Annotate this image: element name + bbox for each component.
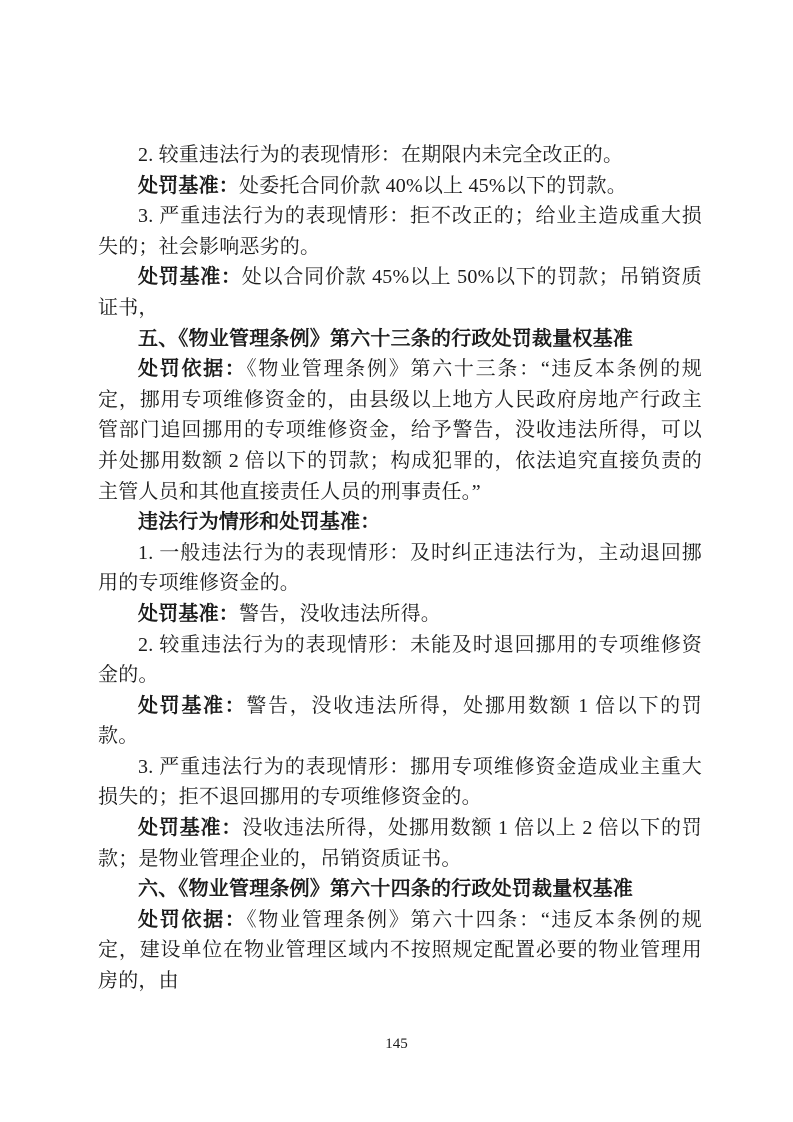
paragraph-moderate-violation-63: 2. 较重违法行为的表现情形：未能及时退回挪用的专项维修资金的。 bbox=[98, 630, 702, 691]
paragraph-penalty-standard-severe-62: 处罚基准：处以合同价款 45%以上 50%以下的罚款；吊销资质证书， bbox=[98, 262, 702, 323]
paragraph-severe-violation-62: 3. 严重违法行为的表现情形：拒不改正的；给业主造成重大损失的；社会影响恶劣的。 bbox=[98, 201, 702, 262]
paragraph-severe-violation-63: 3. 严重违法行为的表现情形：挪用专项维修资金造成业主重大损失的；拒不退回挪用的… bbox=[98, 752, 702, 813]
paragraph-penalty-basis-article-63: 处罚依据：《物业管理条例》第六十三条：“违反本条例的规定，挪用专项维修资金的，由… bbox=[98, 354, 702, 507]
penalty-basis-label: 处罚依据： bbox=[138, 909, 247, 931]
heading-text: 违法行为情形和处罚基准： bbox=[138, 511, 380, 533]
body-text: 3. 严重违法行为的表现情形：拒不改正的；给业主造成重大损失的；社会影响恶劣的。 bbox=[98, 205, 702, 258]
paragraph-general-violation-63: 1. 一般违法行为的表现情形：及时纠正违法行为，主动退回挪用的专项维修资金的。 bbox=[98, 538, 702, 599]
body-text: 2. 较重违法行为的表现情形：在期限内未完全改正的。 bbox=[138, 144, 623, 166]
body-text: 处委托合同价款 40%以上 45%以下的罚款。 bbox=[239, 175, 627, 197]
paragraph-penalty-standard-severe-63: 处罚基准：没收违法所得，处挪用数额 1 倍以上 2 倍以下的罚款；是物业管理企业… bbox=[98, 813, 702, 874]
heading-text: 六、《物业管理条例》第六十四条的行政处罚裁量权基准 bbox=[138, 878, 633, 900]
body-text: 警告，没收违法所得。 bbox=[239, 603, 441, 625]
paragraph-penalty-standard-moderate-63: 处罚基准：警告，没收违法所得，处挪用数额 1 倍以下的罚款。 bbox=[98, 691, 702, 752]
paragraph-penalty-basis-article-64: 处罚依据：《物业管理条例》第六十四条：“违反本条例的规定，建设单位在物业管理区域… bbox=[98, 905, 702, 997]
penalty-basis-label: 处罚依据： bbox=[138, 358, 247, 380]
penalty-standard-label: 处罚基准： bbox=[138, 817, 242, 839]
body-text: 2. 较重违法行为的表现情形：未能及时退回挪用的专项维修资金的。 bbox=[98, 634, 702, 687]
heading-violation-situations-standards: 违法行为情形和处罚基准： bbox=[98, 507, 702, 538]
body-text: 3. 严重违法行为的表现情形：挪用专项维修资金造成业主重大损失的；拒不退回挪用的… bbox=[98, 756, 702, 809]
heading-section-5-article-63: 五、《物业管理条例》第六十三条的行政处罚裁量权基准 bbox=[98, 324, 702, 355]
body-text: 1. 一般违法行为的表现情形：及时纠正违法行为，主动退回挪用的专项维修资金的。 bbox=[98, 542, 702, 595]
page-number: 145 bbox=[0, 1036, 793, 1053]
penalty-standard-label: 处罚基准： bbox=[138, 175, 239, 197]
paragraph-penalty-standard-general-63: 处罚基准：警告，没收违法所得。 bbox=[98, 599, 702, 630]
document-body: 2. 较重违法行为的表现情形：在期限内未完全改正的。 处罚基准：处委托合同价款 … bbox=[98, 140, 702, 997]
penalty-standard-label: 处罚基准： bbox=[138, 266, 242, 288]
penalty-standard-label: 处罚基准： bbox=[138, 695, 246, 717]
paragraph-moderate-violation-62: 2. 较重违法行为的表现情形：在期限内未完全改正的。 bbox=[98, 140, 702, 171]
heading-section-6-article-64: 六、《物业管理条例》第六十四条的行政处罚裁量权基准 bbox=[98, 874, 702, 905]
document-page: 2. 较重违法行为的表现情形：在期限内未完全改正的。 处罚基准：处委托合同价款 … bbox=[0, 0, 793, 1122]
penalty-standard-label: 处罚基准： bbox=[138, 603, 239, 625]
paragraph-penalty-standard-moderate-62: 处罚基准：处委托合同价款 40%以上 45%以下的罚款。 bbox=[98, 171, 702, 202]
heading-text: 五、《物业管理条例》第六十三条的行政处罚裁量权基准 bbox=[138, 328, 633, 350]
